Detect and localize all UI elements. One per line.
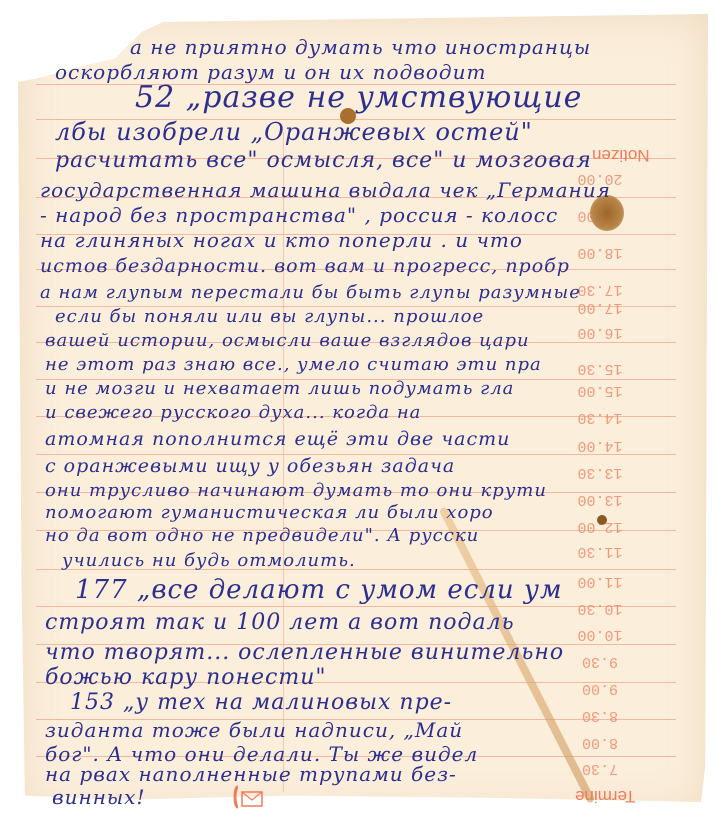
handwriting-line: и свежего русского духа... когда на	[45, 402, 421, 423]
handwriting-line: расчитать все" осмысля, все" и мозговая	[55, 148, 592, 173]
time-label: 9.30	[575, 653, 625, 670]
phone-envelope-icon	[232, 785, 264, 809]
handwriting-line: помогают гуманистическая ли были хоро	[45, 502, 494, 523]
handwriting-line: не этот раз знаю все., умело считаю эти …	[45, 354, 542, 375]
time-label: 10.30	[575, 600, 625, 617]
time-label: 9.00	[575, 680, 625, 697]
time-label: 15.30	[575, 360, 625, 377]
handwriting-line: что творят... ослепленные винительно	[45, 640, 564, 665]
ink-stain	[597, 515, 607, 525]
handwriting-line: на глиняных ногах и кто поперли . и что	[40, 228, 523, 252]
handwriting-line: а не приятно думать что иностранцы	[130, 35, 591, 59]
time-label: 18.00	[575, 244, 625, 261]
time-label: 8.30	[575, 707, 625, 724]
time-label: 15.00	[575, 382, 625, 399]
handwriting-line: учились ни будь отмолить.	[62, 550, 356, 571]
time-label: 14.30	[575, 409, 625, 426]
time-label: 11.30	[575, 543, 625, 560]
handwriting-line: строят так и 100 лет а вот подаль	[45, 610, 515, 635]
handwriting-line: божью кару понести"	[45, 665, 327, 690]
handwriting-line: на рвах наполненные трупами без-	[45, 762, 457, 786]
time-label: 17.30	[575, 281, 625, 298]
handwriting-line: винных!	[52, 785, 145, 809]
handwriting-line: и не мозги и нехватает лишь подумать гла	[45, 378, 514, 399]
handwriting-line: зиданта тоже были надписи, „Май	[45, 718, 463, 742]
handwriting-line: 153 „у тех на малиновых пре-	[70, 690, 452, 715]
handwriting-line: но да вот одно не предвидели". А русски	[45, 525, 479, 546]
handwriting-line: государственная машина выдала чек „Герма…	[40, 178, 611, 202]
time-label: 13.30	[575, 464, 625, 481]
handwriting-line: истов бездарности. вот вам и прогресс, п…	[40, 255, 570, 277]
notizen-label: Notizen	[592, 145, 650, 165]
time-label: 13.00	[575, 491, 625, 508]
time-label: 16.00	[575, 324, 625, 341]
time-label: 8.00	[575, 734, 625, 751]
time-label: 14.00	[575, 437, 625, 454]
time-label: 17.00	[575, 299, 625, 316]
handwriting-line: а нам глупым перестали бы быть глупы раз…	[40, 282, 581, 303]
time-label: 10.00	[575, 626, 625, 643]
handwriting-line: с оранжевыми ищу у обезьян задача	[45, 455, 455, 477]
time-label: 11.00	[575, 573, 625, 590]
handwriting-line: 177 „все делают с умом если ум	[75, 575, 563, 605]
handwriting-line: атомная пополнится ещё эти две части	[45, 428, 510, 450]
handwriting-line: лбы изобрели „Оранжевых остей"	[55, 118, 533, 146]
handwriting-line: - народ без пространства" , россия - кол…	[40, 203, 558, 227]
handwriting-line: вашей истории, осмысли ваше взглядов цар…	[45, 330, 530, 351]
handwriting-line: они трусливо начинают думать то они крут…	[45, 480, 547, 501]
handwriting-line: если бы поняли или вы глупы... прошлое	[55, 306, 484, 327]
handwriting-line: 52 „разве не умствующие	[135, 80, 582, 115]
